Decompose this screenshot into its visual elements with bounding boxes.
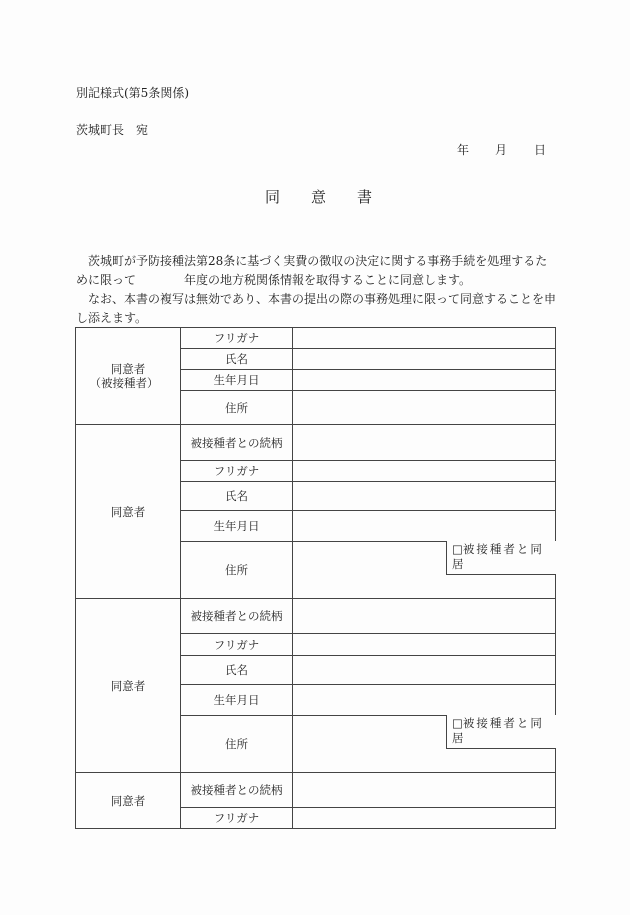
row-label: 生年月日: [181, 685, 293, 716]
cohabit-label: 被接種者と同居: [452, 542, 544, 571]
birthdate-field[interactable]: [293, 685, 556, 716]
title-char: 同: [265, 186, 280, 207]
addressee: 茨城町長 宛: [76, 121, 148, 138]
row-label: 生年月日: [181, 370, 293, 391]
row-label: 氏名: [181, 349, 293, 370]
date-line: 年月日: [457, 141, 546, 158]
relationship-field[interactable]: [293, 773, 556, 808]
document-title: 同意書: [265, 186, 372, 207]
furigana-field[interactable]: [293, 808, 556, 829]
furigana-field[interactable]: [293, 328, 556, 349]
row-label: 被接種者との続柄: [181, 425, 293, 461]
row-label: 住所: [181, 542, 293, 599]
heading-label: 同意者: [76, 362, 180, 376]
cohabit-label: 被接種者と同居: [452, 716, 544, 745]
date-month-label: 月: [495, 141, 507, 158]
row-label: 被接種者との続柄: [181, 773, 293, 808]
section-heading: 同意者: [76, 425, 181, 599]
row-label: 生年月日: [181, 511, 293, 542]
checkbox-icon[interactable]: □: [452, 716, 463, 730]
date-day-label: 日: [534, 141, 546, 158]
furigana-field[interactable]: [293, 634, 556, 656]
row-label: 被接種者との続柄: [181, 599, 293, 634]
cohabit-checkbox-area[interactable]: □被接種者と同居: [446, 715, 556, 749]
section-heading: 同意者 （被接種者）: [76, 328, 181, 425]
row-label: 氏名: [181, 482, 293, 511]
row-label: フリガナ: [181, 808, 293, 829]
address-field[interactable]: □被接種者と同居: [293, 716, 556, 773]
name-field[interactable]: [293, 482, 556, 511]
title-char: 意: [311, 186, 326, 207]
address-field[interactable]: [293, 391, 556, 425]
relationship-field[interactable]: [293, 425, 556, 461]
form-reference: 別記様式(第5条関係): [76, 84, 189, 101]
consent-paragraph: 茨城町が予防接種法第28条に基づく実費の徴収の決定に関する事務手続を処理するため…: [76, 252, 556, 290]
consent-table: 同意者 （被接種者） フリガナ 氏名 生年月日 住所 同意者 被接種者との続柄 …: [75, 327, 556, 829]
row-label: 氏名: [181, 656, 293, 685]
checkbox-icon[interactable]: □: [452, 542, 463, 556]
birthdate-field[interactable]: [293, 370, 556, 391]
title-char: 書: [357, 186, 372, 207]
cohabit-checkbox-area[interactable]: □被接種者と同居: [446, 541, 556, 575]
name-field[interactable]: [293, 656, 556, 685]
row-label: 住所: [181, 391, 293, 425]
relationship-field[interactable]: [293, 599, 556, 634]
address-field[interactable]: □被接種者と同居: [293, 542, 556, 599]
row-label: フリガナ: [181, 328, 293, 349]
section-heading: 同意者: [76, 773, 181, 829]
name-field[interactable]: [293, 349, 556, 370]
row-label: 住所: [181, 716, 293, 773]
birthdate-field[interactable]: [293, 511, 556, 542]
date-year-label: 年: [457, 141, 469, 158]
heading-sublabel: （被接種者）: [68, 376, 180, 390]
row-label: フリガナ: [181, 634, 293, 656]
section-heading: 同意者: [76, 599, 181, 773]
furigana-field[interactable]: [293, 461, 556, 482]
row-label: フリガナ: [181, 461, 293, 482]
disclaimer-paragraph: なお、本書の複写は無効であり、本書の提出の際の事務処理に限って同意することを申し…: [76, 290, 556, 328]
